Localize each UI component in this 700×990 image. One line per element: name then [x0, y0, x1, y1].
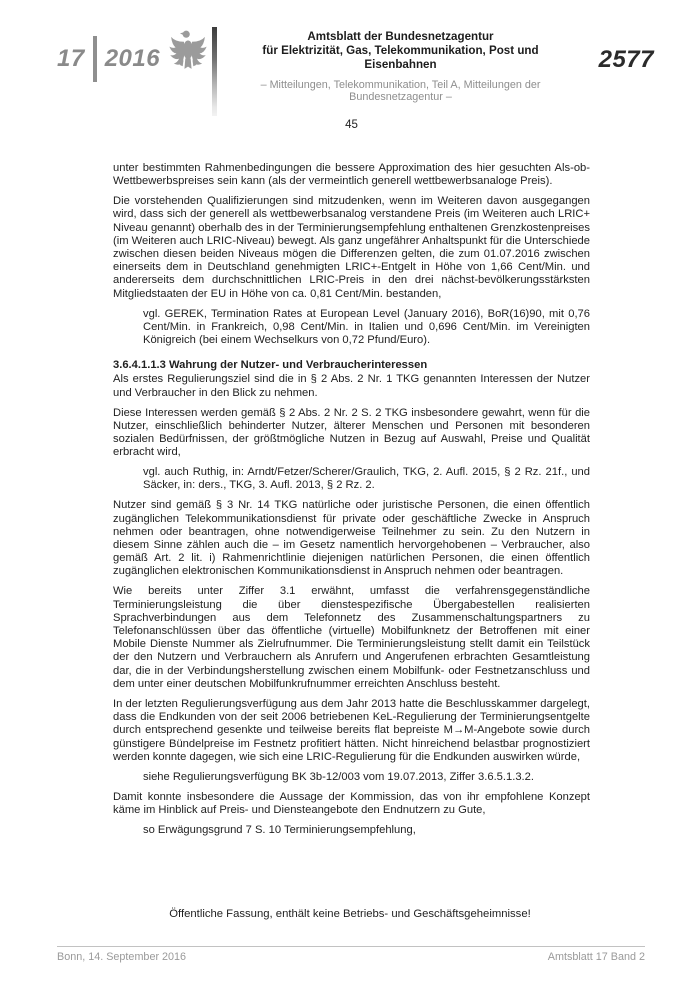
footer-place-date: Bonn, 14. September 2016	[57, 951, 186, 963]
paragraph: Wie bereits unter Ziffer 3.1 erwähnt, um…	[113, 585, 590, 691]
paragraph: Die vorstehenden Qualifizierungen sind m…	[113, 195, 590, 301]
citation: vgl. GEREK, Termination Rates at Europea…	[113, 308, 590, 348]
federal-eagle-icon	[168, 27, 208, 77]
issue-block: 17 2016	[57, 36, 160, 82]
document-page: 17 2016 Amtsblatt der Bundesnetzagentur …	[0, 0, 700, 990]
citation: vgl. auch Ruthig, in: Arndt/Fetzer/Scher…	[113, 466, 590, 492]
public-version-note: Öffentliche Fassung, enthält keine Betri…	[0, 908, 700, 920]
citation: siehe Regulierungsverfügung BK 3b-12/003…	[113, 771, 590, 784]
paragraph: Als erstes Regulierungsziel sind die in …	[113, 373, 590, 399]
header-divider-bar	[212, 27, 217, 116]
footer-volume-label: Amtsblatt 17 Band 2	[548, 951, 645, 963]
paragraph: Nutzer sind gemäß § 3 Nr. 14 TKG natürli…	[113, 499, 590, 578]
issue-separator-bar	[93, 36, 97, 82]
page-id-number: 2577	[599, 46, 654, 74]
inner-page-number: 45	[113, 119, 590, 131]
paragraph: unter bestimmten Rahmenbedingungen die b…	[113, 162, 590, 188]
header-title-line2: für Elektrizität, Gas, Telekommunikation…	[228, 44, 573, 72]
paragraph: Damit konnte insbesondere die Aussage de…	[113, 791, 590, 817]
document-body: unter bestimmten Rahmenbedingungen die b…	[113, 162, 590, 844]
header-subtitle: – Mitteilungen, Telekommunikation, Teil …	[228, 79, 573, 103]
issue-number: 17	[57, 45, 85, 73]
header-title-block: Amtsblatt der Bundesnetzagentur für Elek…	[228, 30, 573, 103]
footer-rule	[57, 946, 645, 947]
issue-year: 2016	[105, 45, 160, 73]
paragraph: In der letzten Regulierungsverfügung aus…	[113, 698, 590, 764]
paragraph: Diese Interessen werden gemäß § 2 Abs. 2…	[113, 407, 590, 460]
section-heading: 3.6.4.1.1.3 Wahrung der Nutzer- und Verb…	[113, 359, 590, 372]
header-title-line1: Amtsblatt der Bundesnetzagentur	[228, 30, 573, 44]
citation: so Erwägungsgrund 7 S. 10 Terminierungse…	[113, 824, 590, 837]
